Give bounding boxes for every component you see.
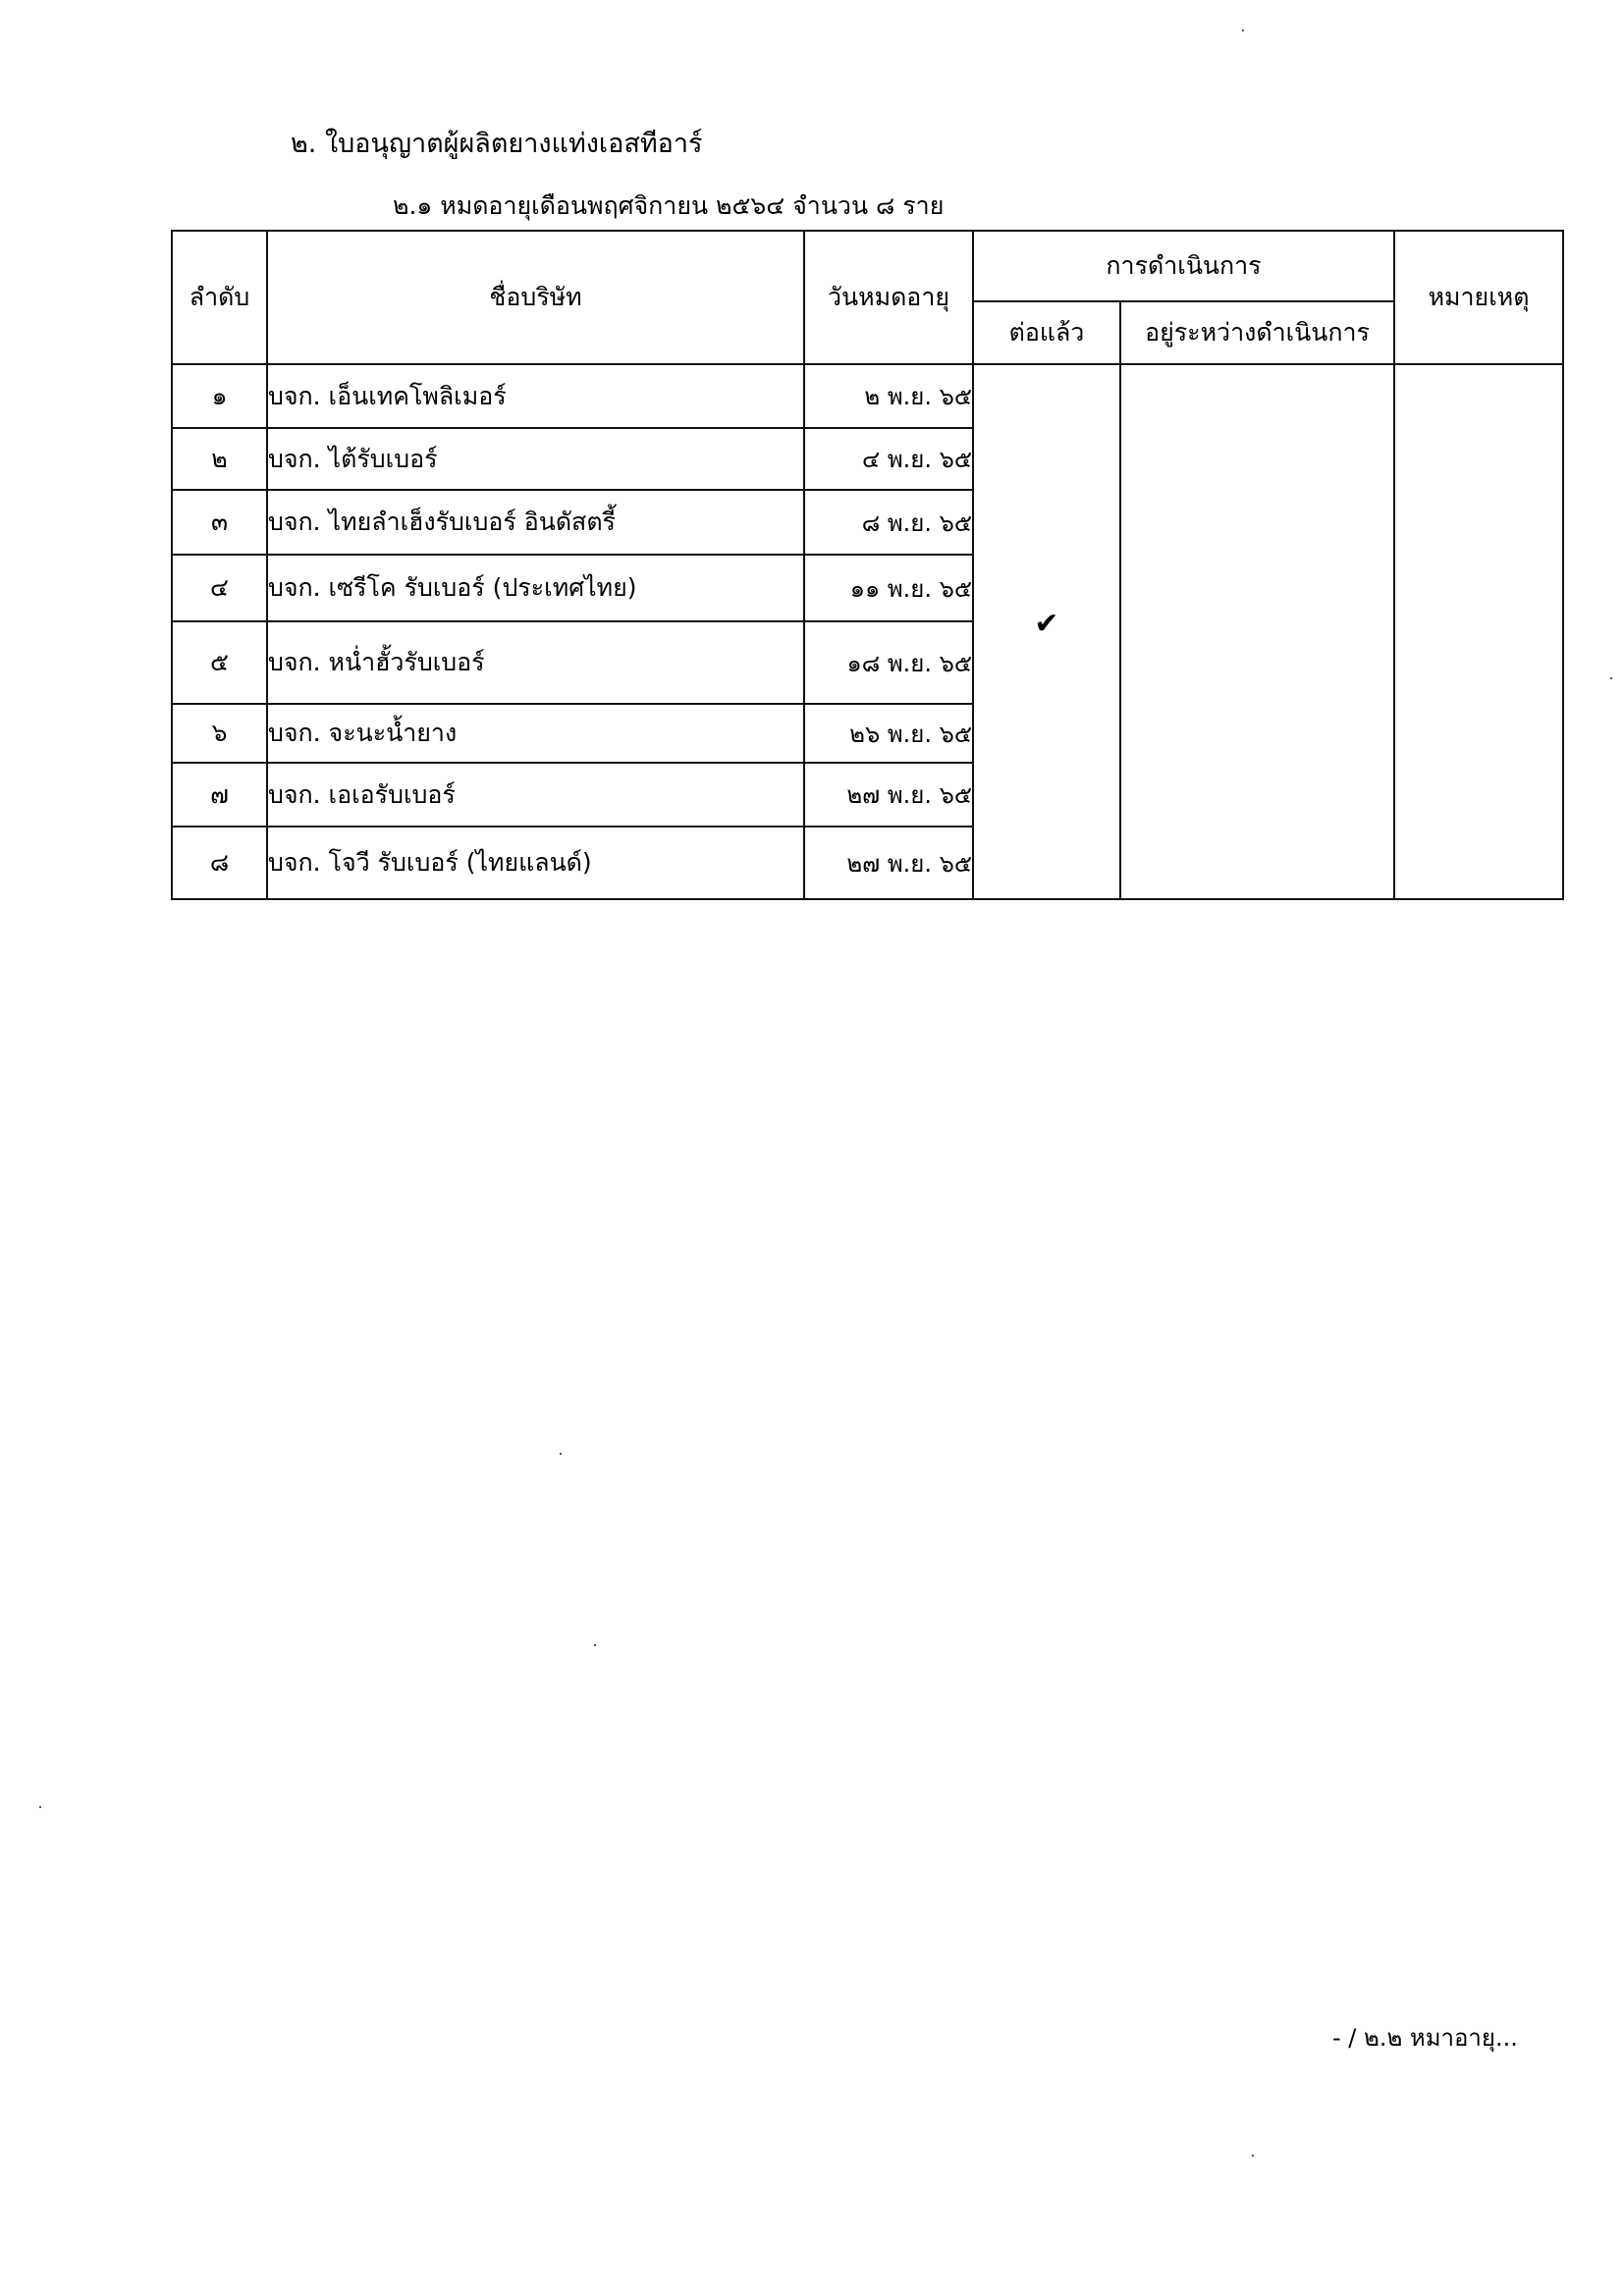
header-expiry: วันหมดอายุ: [804, 231, 973, 364]
company-name: บจก. เอ็นเทคโพลิเมอร์: [267, 364, 804, 428]
scan-speck: [39, 1806, 41, 1808]
company-name: บจก. หน่ำฮั้วรับเบอร์: [267, 621, 804, 704]
scan-speck: [594, 1644, 596, 1646]
expiry-date: ๒ พ.ย. ๖๕: [804, 364, 973, 428]
company-name: บจก. เซรีโค รับเบอร์ (ประเทศไทย): [267, 555, 804, 621]
license-expiry-table: ลำดับ ชื่อบริษัท วันหมดอายุ การดำเนินการ…: [171, 230, 1564, 900]
company-name: บจก. เอเอรับเบอร์: [267, 763, 804, 827]
company-name: บจก. จะนะน้ำยาง: [267, 704, 804, 763]
scan-speck: [1252, 2155, 1254, 2157]
row-number: ๓: [172, 490, 267, 555]
company-name: บจก. ไทยลำเฮ็งรับเบอร์ อินดัสตรี้: [267, 490, 804, 555]
checkmark-icon: ✔: [1034, 610, 1058, 639]
section-heading: ๒. ใบอนุญาตผู้ผลิตยางแท่งเอสทีอาร์: [291, 122, 703, 164]
subsection-heading: ๒.๑ หมดอายุเดือนพฤศจิกายน ๒๕๖๔ จำนวน ๘ ร…: [393, 187, 944, 226]
row-number: ๕: [172, 621, 267, 704]
row-number: ๔: [172, 555, 267, 621]
company-name: บจก. โจวี รับเบอร์ (ไทยแลนด์): [267, 827, 804, 899]
in-progress-cell: [1120, 364, 1394, 899]
expiry-date: ๔ พ.ย. ๖๕: [804, 428, 973, 490]
row-number: ๑: [172, 364, 267, 428]
scan-speck: [560, 1453, 562, 1455]
header-company: ชื่อบริษัท: [267, 231, 804, 364]
header-number: ลำดับ: [172, 231, 267, 364]
expiry-date: ๒๗ พ.ย. ๖๕: [804, 827, 973, 899]
header-remarks: หมายเหตุ: [1394, 231, 1563, 364]
header-in-progress: อยู่ระหว่างดำเนินการ: [1120, 301, 1394, 364]
row-number: ๗: [172, 763, 267, 827]
scan-speck: [1610, 677, 1612, 679]
expiry-date: ๑๘ พ.ย. ๖๕: [804, 621, 973, 704]
expiry-date: ๘ พ.ย. ๖๕: [804, 490, 973, 555]
expiry-date: ๑๑ พ.ย. ๖๕: [804, 555, 973, 621]
company-name: บจก. ไต้รับเบอร์: [267, 428, 804, 490]
expiry-date: ๒๖ พ.ย. ๖๕: [804, 704, 973, 763]
row-number: ๖: [172, 704, 267, 763]
scan-speck: [1242, 29, 1244, 31]
row-number: ๒: [172, 428, 267, 490]
row-number: ๘: [172, 827, 267, 899]
table-row: ๑ บจก. เอ็นเทคโพลิเมอร์ ๒ พ.ย. ๖๕ ✔: [172, 364, 1563, 428]
remarks-cell: [1394, 364, 1563, 899]
renewed-cell: ✔: [973, 364, 1120, 899]
expiry-date: ๒๗ พ.ย. ๖๕: [804, 763, 973, 827]
continuation-note: - / ๒.๒ หมาอายุ...: [1332, 2018, 1518, 2056]
header-action-group: การดำเนินการ: [973, 231, 1394, 301]
header-renewed: ต่อแล้ว: [973, 301, 1120, 364]
